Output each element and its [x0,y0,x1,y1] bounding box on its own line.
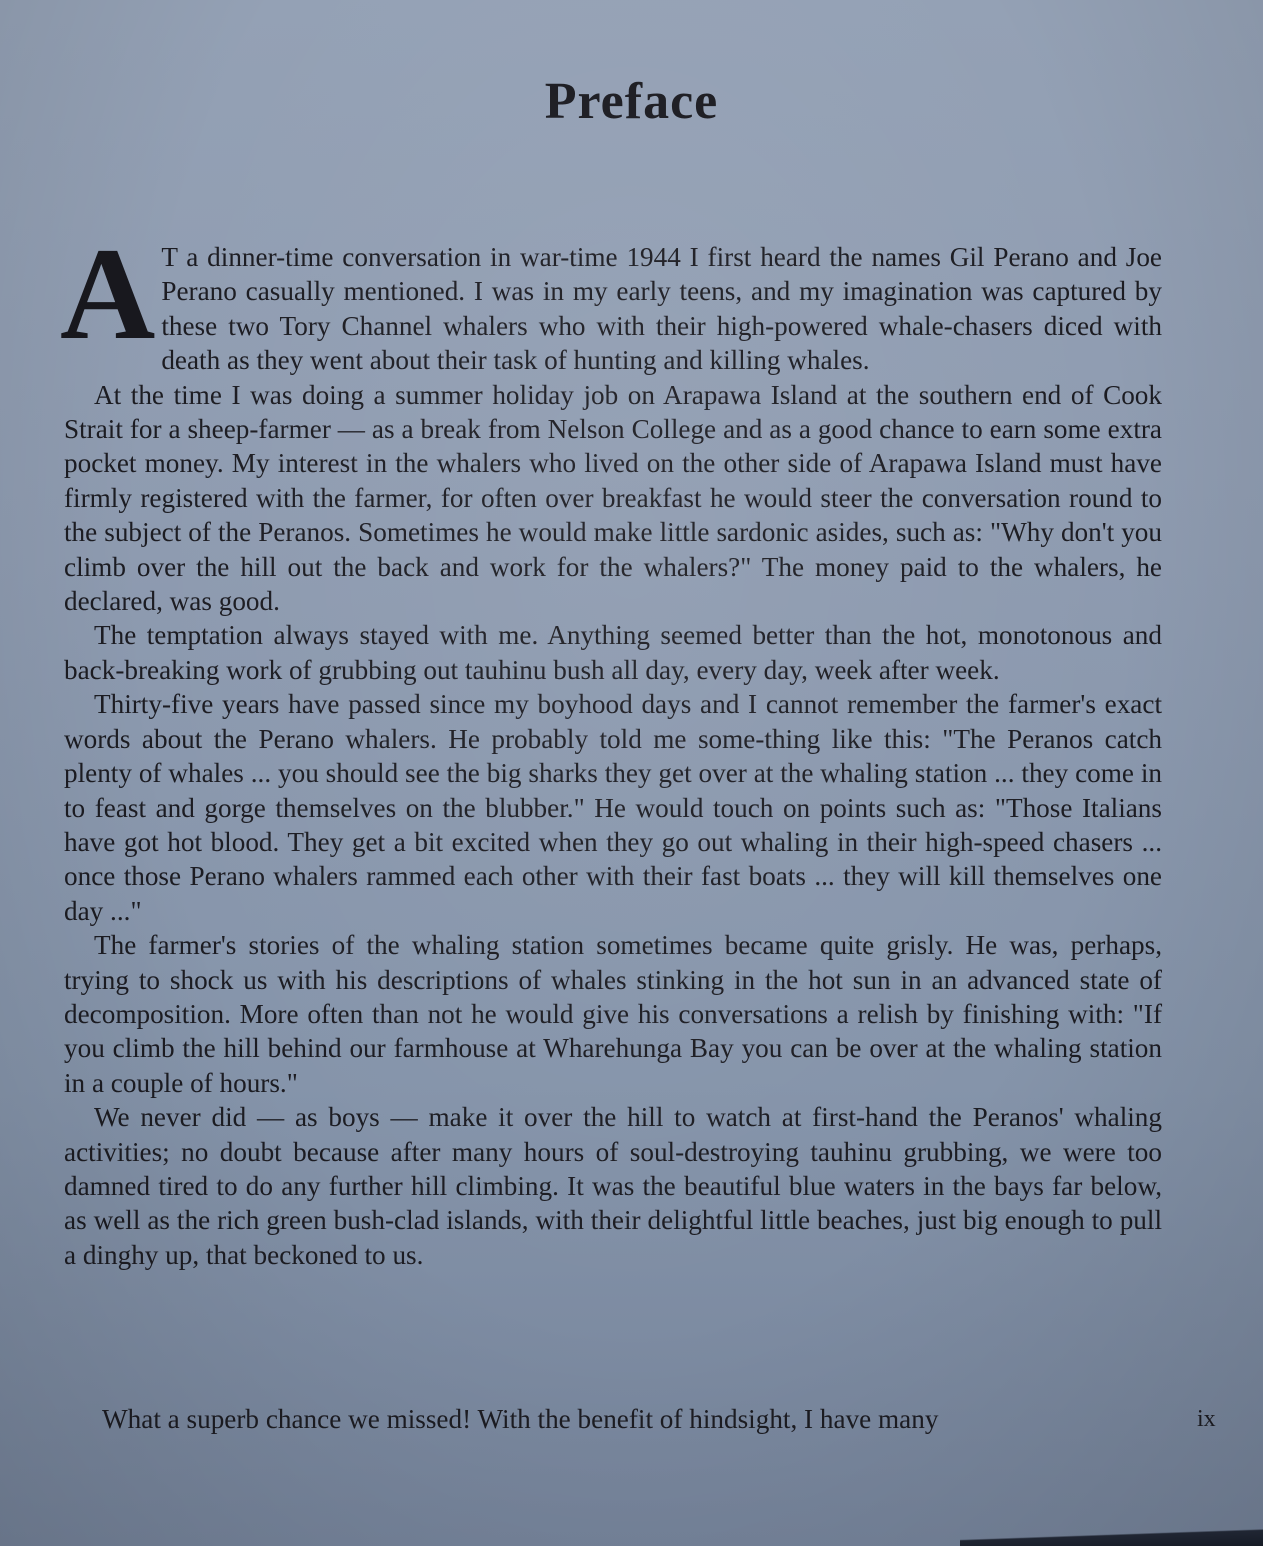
paragraph-1-text: T a dinner-time conversation in war-time… [161,242,1162,375]
preface-body: AT a dinner-time conversation in war-tim… [64,240,1162,1272]
paragraph-3: The temptation always stayed with me. An… [64,618,1162,687]
page-edge-shadow [960,1528,1263,1546]
drop-cap: A [60,242,155,346]
paragraph-2: At the time I was doing a summer holiday… [64,378,1162,619]
paragraph-4: Thirty-five years have passed since my b… [64,687,1162,928]
paragraph-7-partial: What a superb chance we missed! With the… [102,1404,938,1435]
book-page: Preface AT a dinner-time conversation in… [0,0,1263,1546]
paragraph-6: We never did — as boys — make it over th… [64,1100,1162,1272]
page-title: Preface [0,72,1263,131]
paragraph-5: The farmer's stories of the whaling stat… [64,928,1162,1100]
page-number: ix [1197,1406,1216,1433]
paragraph-1: AT a dinner-time conversation in war-tim… [64,240,1162,378]
